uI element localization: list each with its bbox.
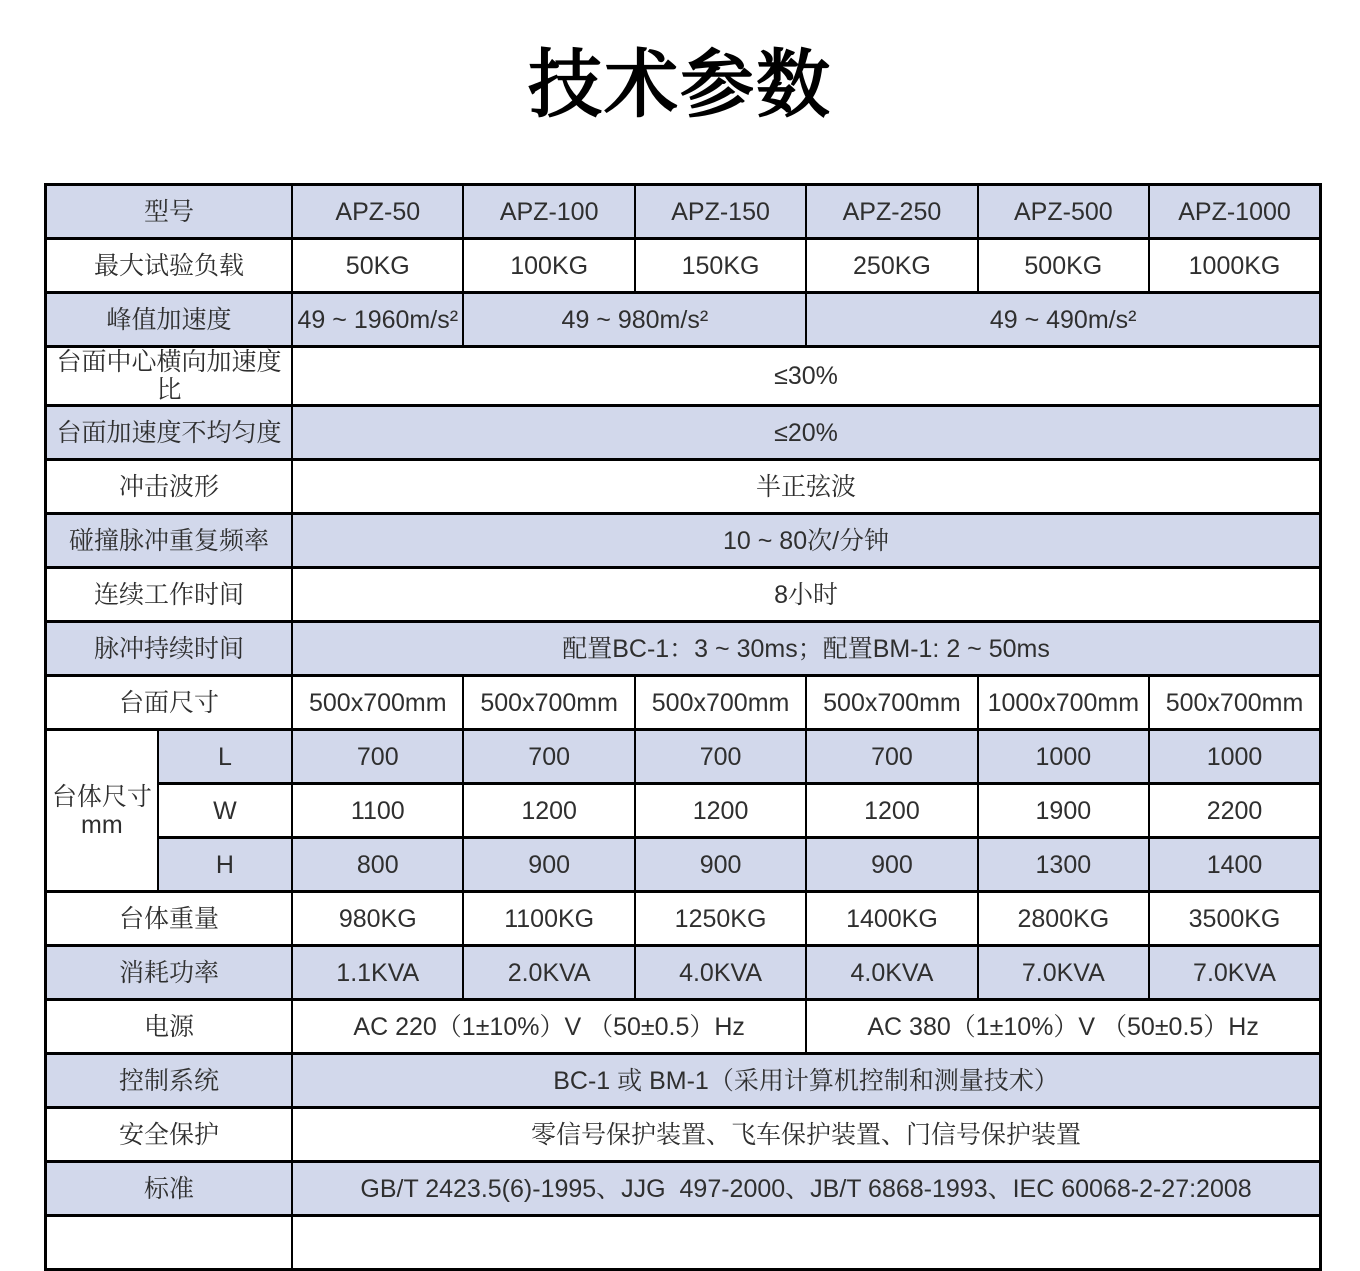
standards-cell-0: 标准 [46,1162,293,1216]
model-cell-1: APZ-50 [292,185,463,239]
body-size-h-cell-4: 900 [806,838,977,892]
body-size-w-cell-2: 1200 [463,784,634,838]
power-consumption-cell-4: 4.0KVA [806,946,977,1000]
body-size-h-cell-0: H [158,838,292,892]
body-size-w-cell-5: 1900 [978,784,1149,838]
shock-waveform-cell-0: 冲击波形 [46,460,293,514]
standards-cell-1: GB/T 2423.5(6)-1995、JJG 497-2000、JB/T 68… [292,1162,1320,1216]
peak-acceleration-cell-3: 49 ~ 490m/s² [806,293,1320,347]
power-consumption-cell-6: 7.0KVA [1149,946,1320,1000]
power-consumption-cell-2: 2.0KVA [463,946,634,1000]
body-size-l-cell-2: 700 [292,730,463,784]
power-consumption-cell-1: 1.1KVA [292,946,463,1000]
lateral-acceleration-ratio-cell-0: 台面中心横向加速度比 [46,347,293,406]
body-size-w-cell-0: W [158,784,292,838]
table-row-lateral-acceleration-ratio: 台面中心横向加速度比≤30% [46,347,1321,406]
peak-acceleration-cell-1: 49 ~ 1960m/s² [292,293,463,347]
safety-protection-cell-0: 安全保护 [46,1108,293,1162]
body-size-h-cell-2: 900 [463,838,634,892]
power-supply-cell-1: AC 220（1±10%）V （50±0.5）Hz [292,1000,806,1054]
acceleration-nonuniformity-cell-1: ≤20% [292,406,1320,460]
body-size-l-cell-4: 700 [635,730,806,784]
body-size-l-cell-3: 700 [463,730,634,784]
model-cell-6: APZ-1000 [1149,185,1320,239]
table-row-standards: 标准GB/T 2423.5(6)-1995、JJG 497-2000、JB/T … [46,1162,1321,1216]
body-size-w-cell-4: 1200 [806,784,977,838]
page-title: 技术参数 [0,0,1360,124]
power-supply-cell-0: 电源 [46,1000,293,1054]
body-weight-cell-4: 1400KG [806,892,977,946]
continuous-working-time-cell-1: 8小时 [292,568,1320,622]
max-test-load-cell-0: 最大试验负载 [46,239,293,293]
table-row-max-test-load: 最大试验负载50KG100KG150KG250KG500KG1000KG [46,239,1321,293]
table-row-continuous-working-time: 连续工作时间8小时 [46,568,1321,622]
power-consumption-cell-5: 7.0KVA [978,946,1149,1000]
body-size-l-cell-5: 700 [806,730,977,784]
spec-table-body: 型号APZ-50APZ-100APZ-150APZ-250APZ-500APZ-… [46,185,1321,1220]
table-surface-size-cell-4: 500x700mm [806,676,977,730]
body-size-l-cell-0: 台体尺寸 mm [46,730,158,892]
body-weight-cell-3: 1250KG [635,892,806,946]
table-row-table-surface-size: 台面尺寸500x700mm500x700mm500x700mm500x700mm… [46,676,1321,730]
body-size-l-cell-1: L [158,730,292,784]
acceleration-nonuniformity-cell-0: 台面加速度不均匀度 [46,406,293,460]
table-row-cutoff-row [46,1216,1321,1220]
table-row-power-supply: 电源AC 220（1±10%）V （50±0.5）HzAC 380（1±10%）… [46,1000,1321,1054]
shock-waveform-cell-1: 半正弦波 [292,460,1320,514]
table-row-body-size-l: 台体尺寸 mmL70070070070010001000 [46,730,1321,784]
body-size-l-cell-7: 1000 [1149,730,1320,784]
spec-table: 型号APZ-50APZ-100APZ-150APZ-250APZ-500APZ-… [44,183,1322,1219]
model-cell-0: 型号 [46,185,293,239]
power-supply-cell-2: AC 380（1±10%）V （50±0.5）Hz [806,1000,1320,1054]
max-test-load-cell-5: 500KG [978,239,1149,293]
control-system-cell-1: BC-1 或 BM-1（采用计算机控制和测量技术） [292,1054,1320,1108]
bump-pulse-repeat-rate-cell-0: 碰撞脉冲重复频率 [46,514,293,568]
table-row-acceleration-nonuniformity: 台面加速度不均匀度≤20% [46,406,1321,460]
bump-pulse-repeat-rate-cell-1: 10 ~ 80次/分钟 [292,514,1320,568]
pulse-duration-cell-0: 脉冲持续时间 [46,622,293,676]
body-size-w-cell-6: 2200 [1149,784,1320,838]
body-weight-cell-2: 1100KG [463,892,634,946]
power-consumption-cell-3: 4.0KVA [635,946,806,1000]
pulse-duration-cell-1: 配置BC-1：3 ~ 30ms；配置BM-1: 2 ~ 50ms [292,622,1320,676]
max-test-load-cell-2: 100KG [463,239,634,293]
table-row-control-system: 控制系统BC-1 或 BM-1（采用计算机控制和测量技术） [46,1054,1321,1108]
cutoff-row-cell-1 [292,1216,1320,1220]
table-row-body-weight: 台体重量980KG1100KG1250KG1400KG2800KG3500KG [46,892,1321,946]
safety-protection-cell-1: 零信号保护装置、飞车保护装置、门信号保护装置 [292,1108,1320,1162]
table-row-peak-acceleration: 峰值加速度49 ~ 1960m/s²49 ~ 980m/s²49 ~ 490m/… [46,293,1321,347]
table-surface-size-cell-6: 500x700mm [1149,676,1320,730]
table-row-shock-waveform: 冲击波形半正弦波 [46,460,1321,514]
max-test-load-cell-3: 150KG [635,239,806,293]
table-surface-size-cell-3: 500x700mm [635,676,806,730]
table-surface-size-cell-1: 500x700mm [292,676,463,730]
table-surface-size-cell-0: 台面尺寸 [46,676,293,730]
body-weight-cell-5: 2800KG [978,892,1149,946]
body-weight-cell-0: 台体重量 [46,892,293,946]
model-cell-5: APZ-500 [978,185,1149,239]
control-system-cell-0: 控制系统 [46,1054,293,1108]
max-test-load-cell-6: 1000KG [1149,239,1320,293]
body-size-w-cell-3: 1200 [635,784,806,838]
table-surface-size-cell-5: 1000x700mm [978,676,1149,730]
power-consumption-cell-0: 消耗功率 [46,946,293,1000]
peak-acceleration-cell-0: 峰值加速度 [46,293,293,347]
max-test-load-cell-1: 50KG [292,239,463,293]
table-row-power-consumption: 消耗功率1.1KVA2.0KVA4.0KVA4.0KVA7.0KVA7.0KVA [46,946,1321,1000]
lateral-acceleration-ratio-cell-1: ≤30% [292,347,1320,406]
body-size-h-cell-3: 900 [635,838,806,892]
body-weight-cell-6: 3500KG [1149,892,1320,946]
model-cell-2: APZ-100 [463,185,634,239]
body-weight-cell-1: 980KG [292,892,463,946]
continuous-working-time-cell-0: 连续工作时间 [46,568,293,622]
table-row-bump-pulse-repeat-rate: 碰撞脉冲重复频率10 ~ 80次/分钟 [46,514,1321,568]
body-size-h-cell-6: 1400 [1149,838,1320,892]
table-row-body-size-w: W110012001200120019002200 [46,784,1321,838]
cutoff-row-cell-0 [46,1216,293,1220]
body-size-h-cell-1: 800 [292,838,463,892]
body-size-h-cell-5: 1300 [978,838,1149,892]
table-row-body-size-h: H80090090090013001400 [46,838,1321,892]
model-cell-4: APZ-250 [806,185,977,239]
table-row-safety-protection: 安全保护零信号保护装置、飞车保护装置、门信号保护装置 [46,1108,1321,1162]
table-row-pulse-duration: 脉冲持续时间配置BC-1：3 ~ 30ms；配置BM-1: 2 ~ 50ms [46,622,1321,676]
table-surface-size-cell-2: 500x700mm [463,676,634,730]
model-cell-3: APZ-150 [635,185,806,239]
peak-acceleration-cell-2: 49 ~ 980m/s² [463,293,806,347]
max-test-load-cell-4: 250KG [806,239,977,293]
body-size-l-cell-6: 1000 [978,730,1149,784]
body-size-w-cell-1: 1100 [292,784,463,838]
table-row-model: 型号APZ-50APZ-100APZ-150APZ-250APZ-500APZ-… [46,185,1321,239]
